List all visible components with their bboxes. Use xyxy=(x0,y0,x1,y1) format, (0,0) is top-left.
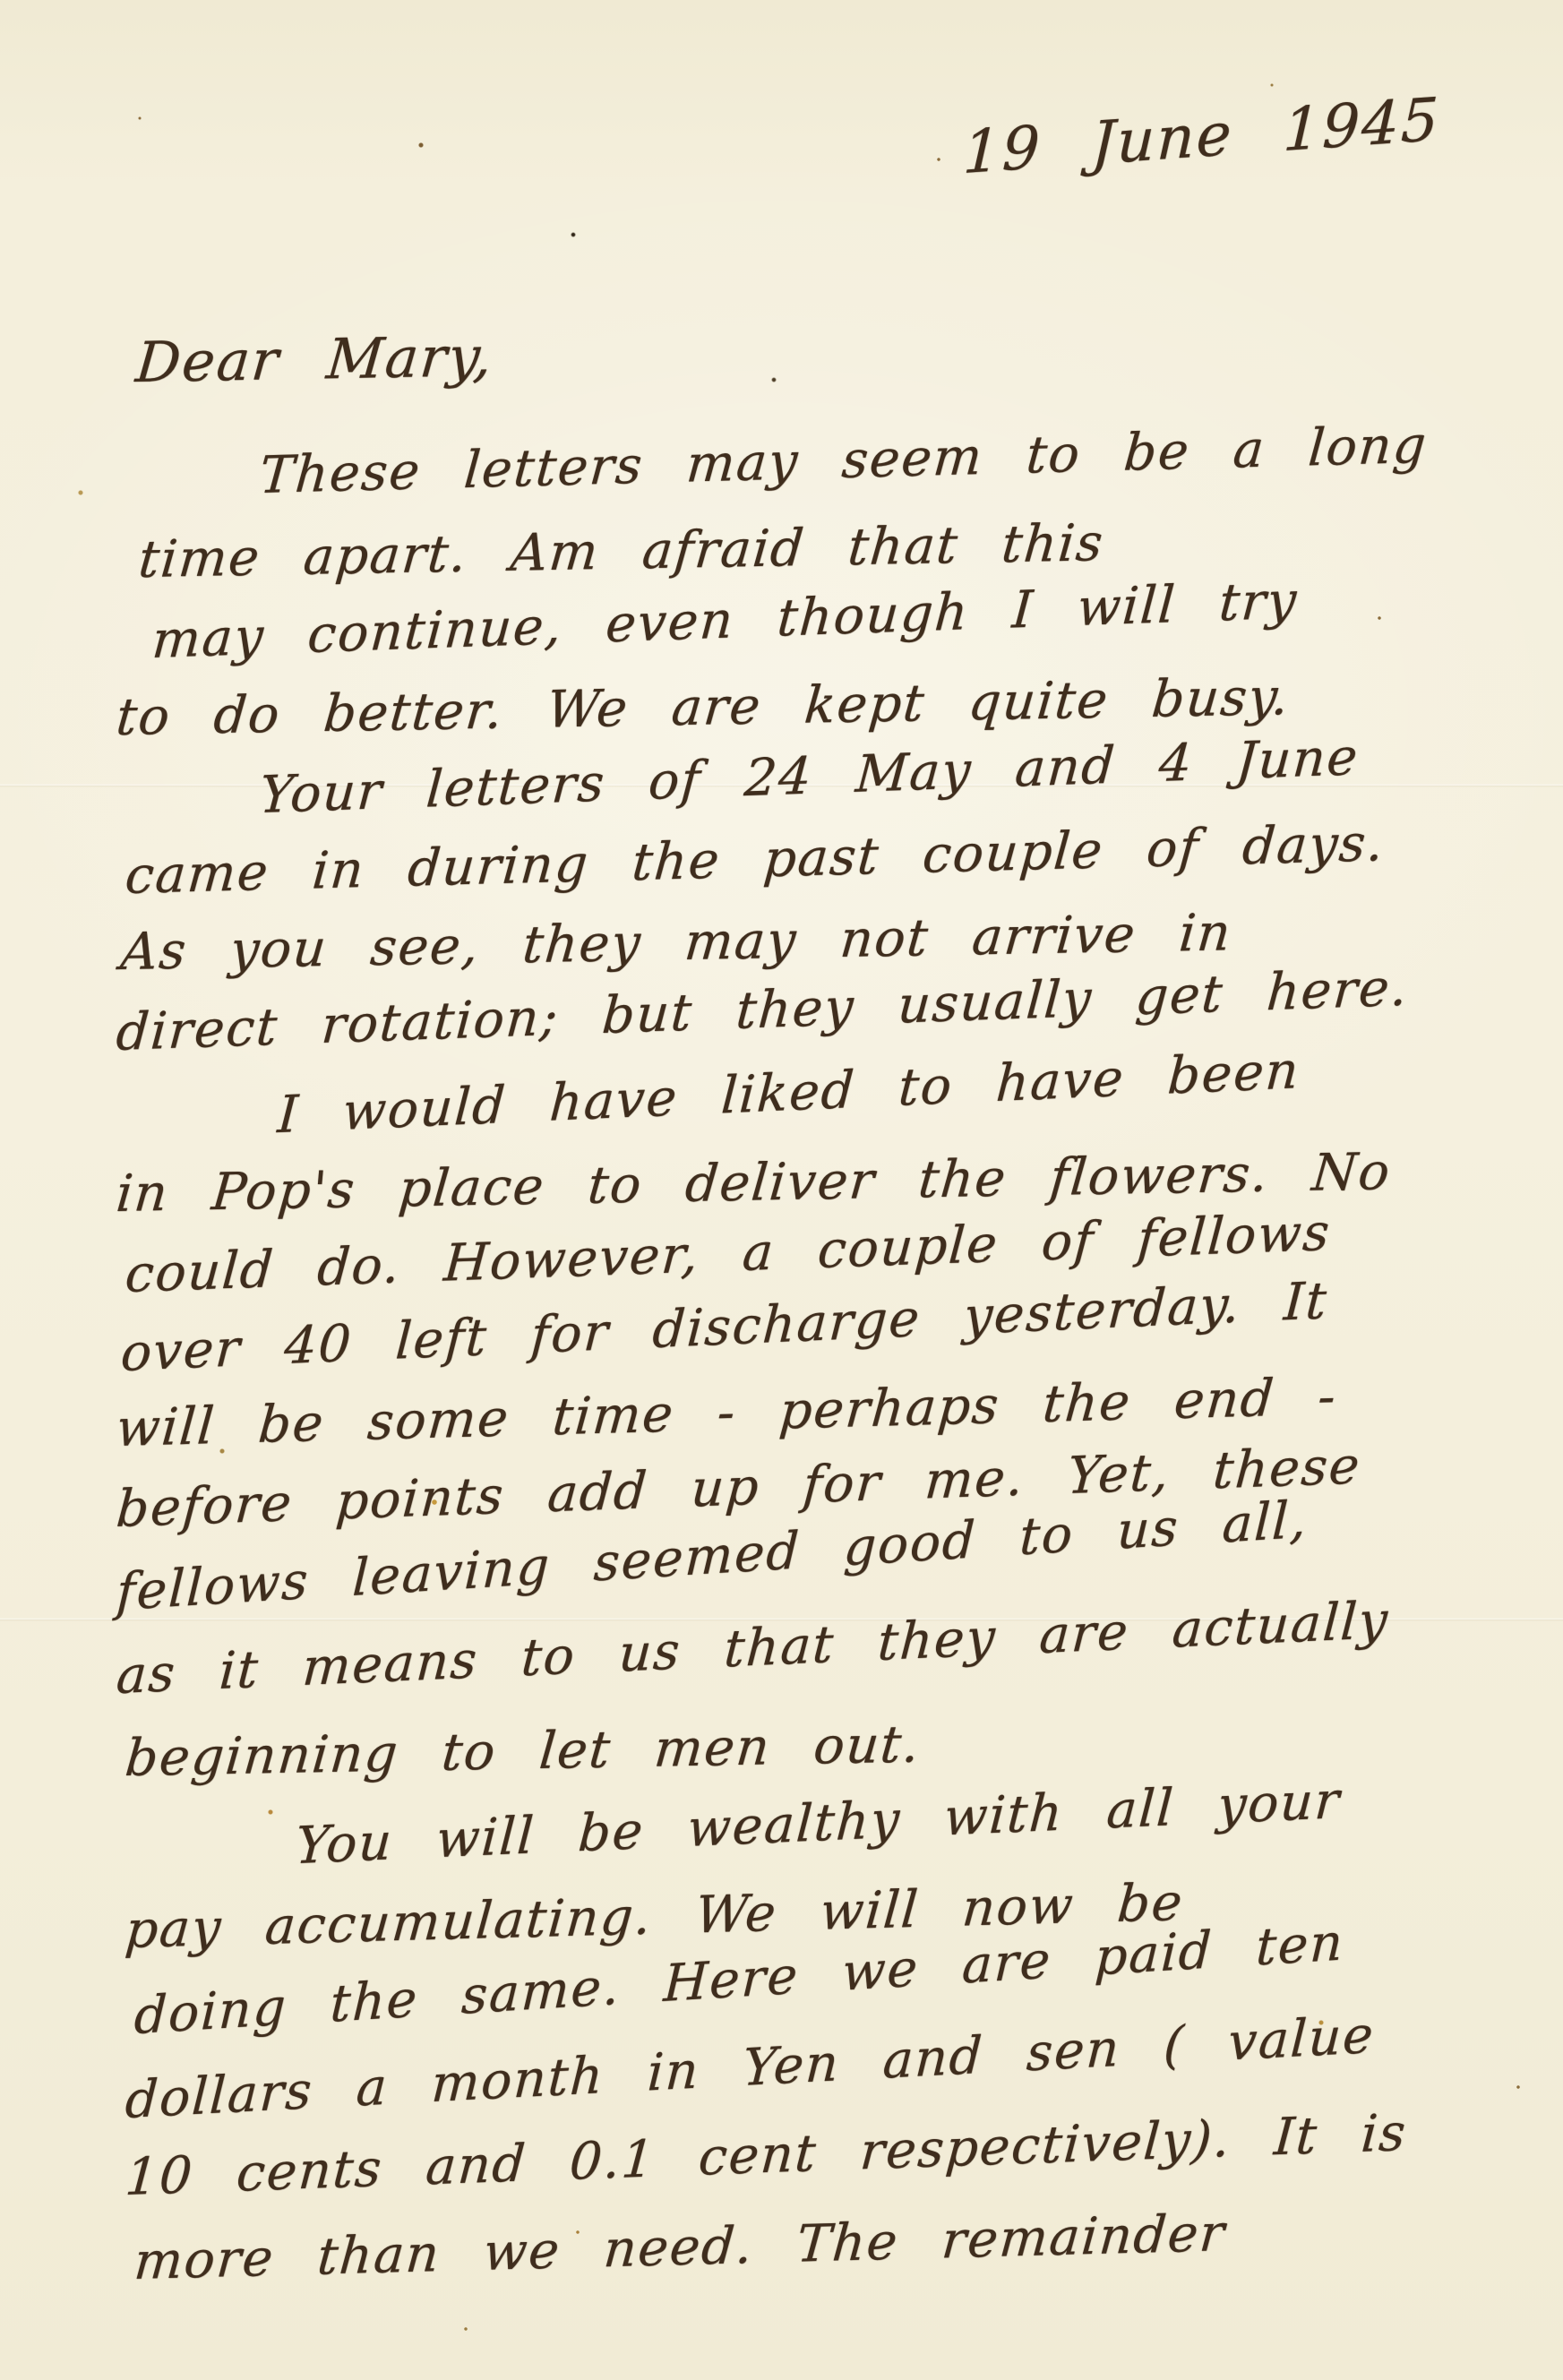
letter-line: I would have liked to have been xyxy=(276,1041,1301,1145)
letter-salutation: Dear Mary, xyxy=(133,323,496,395)
letter-line: more than we need. The remainder xyxy=(132,2204,1227,2291)
letter-line: came in during the past couple of days. xyxy=(123,813,1387,906)
letter-line: These letters may seem to be a long xyxy=(257,416,1430,505)
letter-line: time apart. Am afraid that this xyxy=(136,513,1106,589)
letter-page: 19 June 1945 Dear Mary, These letters ma… xyxy=(0,0,1563,2380)
letter-line: Your letters of 24 May and 4 June xyxy=(258,727,1361,825)
letter-date: 19 June 1945 xyxy=(962,85,1442,188)
letter-line: You will be wealthy with all your xyxy=(294,1771,1343,1876)
letter-line: beginning to let men out. xyxy=(123,1714,923,1788)
